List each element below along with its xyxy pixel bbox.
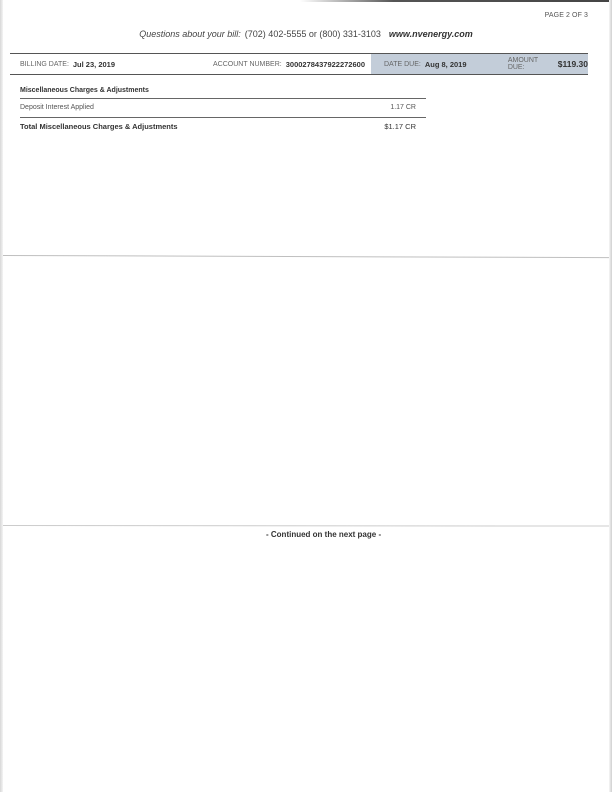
scan-edge-shadow [300,0,612,2]
total-row: Total Miscellaneous Charges & Adjustment… [20,118,426,135]
charge-row: Deposit Interest Applied 1.17 CR [20,99,426,118]
continued-notice: - Continued on the next page - [266,530,381,539]
charge-amount: 1.17 CR [390,104,416,111]
account-number: ACCOUNT NUMBER: 3000278437922272600 [190,54,371,74]
amount-due: AMOUNT DUE: $119.30 [498,54,588,74]
date-due: DATE DUE: Aug 8, 2019 [371,54,498,74]
website-link[interactable]: www.nvenergy.com [389,29,473,39]
contact-label: Questions about your bill: [139,29,241,39]
paper-fold-line [3,525,609,527]
account-number-label: ACCOUNT NUMBER: [213,61,282,68]
page-indicator: PAGE 2 OF 3 [545,12,588,19]
section-heading: Miscellaneous Charges & Adjustments [20,83,426,99]
total-label: Total Miscellaneous Charges & Adjustment… [20,122,178,131]
due-section: DATE DUE: Aug 8, 2019 AMOUNT DUE: $119.3… [371,54,588,74]
charge-description: Deposit Interest Applied [20,104,94,111]
total-amount: $1.17 CR [384,122,416,131]
bill-summary-bar: BILLING DATE: Jul 23, 2019 ACCOUNT NUMBE… [10,53,588,75]
date-due-label: DATE DUE: [384,61,421,68]
paper-fold-line [3,255,609,258]
scan-left-edge [0,0,3,792]
billing-date-value: Jul 23, 2019 [73,60,115,69]
billing-date: BILLING DATE: Jul 23, 2019 [10,54,190,74]
billing-date-label: BILLING DATE: [20,61,69,68]
date-due-value: Aug 8, 2019 [425,60,467,69]
amount-due-label: AMOUNT DUE: [508,57,554,71]
misc-charges-section: Miscellaneous Charges & Adjustments Depo… [20,83,426,135]
amount-due-value: $119.30 [558,59,588,69]
contact-phones: (702) 402-5555 or (800) 331-3103 [245,29,381,39]
contact-line: Questions about your bill: (702) 402-555… [0,29,612,39]
account-number-value: 3000278437922272600 [286,60,365,69]
